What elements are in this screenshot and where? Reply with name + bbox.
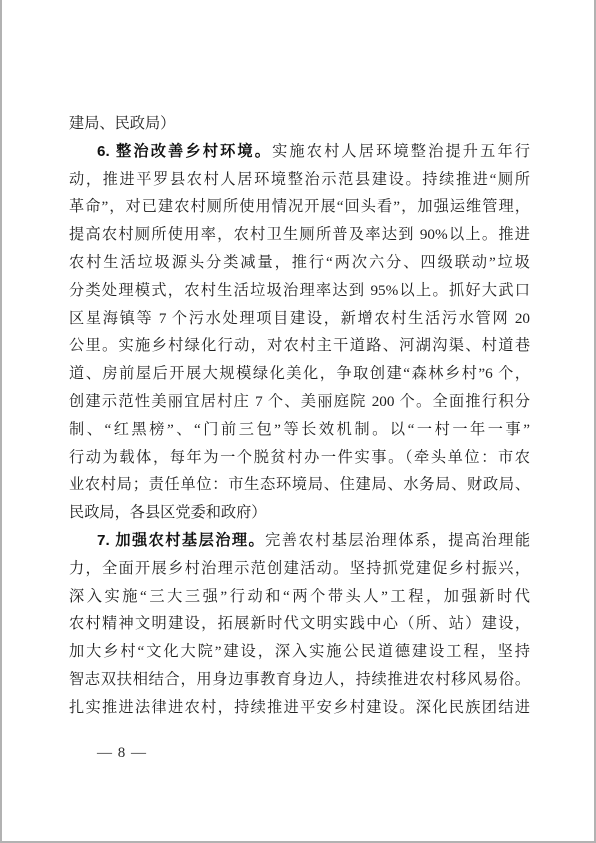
text-line-14: 业农村局；责任单位：市生态环境局、住建局、水务局、财政局、 xyxy=(69,471,530,499)
line-text: 农村生活垃圾源头分类减量，推行“两次六分、四级联动”垃圾 xyxy=(69,254,530,271)
page-number: — 8 — xyxy=(97,745,147,762)
line-text: 革命”，对已建农村厕所使用情况开展“回头看”，加强运维管理， xyxy=(69,198,530,215)
text-line-16: 7. 加强农村基层治理。完善农村基层治理体系，提高治理能 xyxy=(69,527,530,555)
text-line-2: 6. 整治改善乡村环境。实施农村人居环境整治提升五年行 xyxy=(69,138,530,166)
line-text: 扎实推进法律进农村，持续推进平安乡村建设。深化民族团结进 xyxy=(69,699,530,716)
line-text: 智志双扶相结合，用身边事教育身边人，持续推进农村移风易俗。 xyxy=(69,671,530,688)
line-text: 完善农村基层治理体系，提高治理能 xyxy=(265,532,530,549)
line-text: 道、房前屋后开展大规模绿化美化，争取创建“森林乡村”6 个， xyxy=(69,365,530,382)
text-line-5: 提高农村厕所使用率，农村卫生厕所普及率达到 90%以上。推进 xyxy=(69,221,530,249)
text-line-13: 行动为载体，每年为一个脱贫村办一件实事。（牵头单位：市农 xyxy=(69,444,530,472)
line-text: 实施农村人居环境整治提升五年行 xyxy=(272,143,530,160)
item-6-heading: 6. 整治改善乡村环境。 xyxy=(97,143,272,160)
line-text: 分类处理模式，农村生活垃圾治理率达到 95%以上。抓好大武口 xyxy=(69,282,530,299)
text-line-9: 公里。实施乡村绿化行动，对农村主干道路、河湖沟渠、村道巷 xyxy=(69,332,530,360)
line-text: 公里。实施乡村绿化行动，对农村主干道路、河湖沟渠、村道巷 xyxy=(69,337,530,354)
line-text: 农村精神文明建设，拓展新时代文明实践中心（所、站）建设， xyxy=(69,615,530,632)
text-line-21: 智志双扶相结合，用身边事教育身边人，持续推进农村移风易俗。 xyxy=(69,666,530,694)
text-line-10: 道、房前屋后开展大规模绿化美化，争取创建“森林乡村”6 个， xyxy=(69,360,530,388)
text-line-12: 制、“红黑榜”、“门前三包”等长效机制。以“一村一年一事” xyxy=(69,416,530,444)
text-line-19: 农村精神文明建设，拓展新时代文明实践中心（所、站）建设， xyxy=(69,610,530,638)
text-line-6: 农村生活垃圾源头分类减量，推行“两次六分、四级联动”垃圾 xyxy=(69,249,530,277)
document-page: 建局、民政局） 6. 整治改善乡村环境。实施农村人居环境整治提升五年行 动，推进… xyxy=(0,0,596,843)
text-line-17: 力，全面开展乡村治理示范创建活动。坚持抓党建促乡村振兴， xyxy=(69,555,530,583)
text-line-8: 区星海镇等 7 个污水处理项目建设，新增农村生活污水管网 20 xyxy=(69,305,530,333)
item-7-heading: 7. 加强农村基层治理。 xyxy=(97,532,265,549)
line-text: 提高农村厕所使用率，农村卫生厕所普及率达到 90%以上。推进 xyxy=(69,226,530,243)
text-line-7: 分类处理模式，农村生活垃圾治理率达到 95%以上。抓好大武口 xyxy=(69,277,530,305)
line-text: 加大乡村“文化大院”建设，深入实施公民道德建设工程，坚持 xyxy=(69,643,530,660)
line-text: 深入实施“三大三强”行动和“两个带头人”工程，加强新时代 xyxy=(69,588,530,605)
line-text: 业农村局；责任单位：市生态环境局、住建局、水务局、财政局、 xyxy=(69,476,530,493)
line-text: 动，推进平罗县农村人居环境整治示范县建设。持续推进“厕所 xyxy=(69,171,530,188)
text-line-22: 扎实推进法律进农村，持续推进平安乡村建设。深化民族团结进 xyxy=(69,694,530,722)
text-line-18: 深入实施“三大三强”行动和“两个带头人”工程，加强新时代 xyxy=(69,583,530,611)
line-text: 力，全面开展乡村治理示范创建活动。坚持抓党建促乡村振兴， xyxy=(69,560,530,577)
line-text: 创建示范性美丽宜居村庄 7 个、美丽庭院 200 个。全面推行积分 xyxy=(69,393,530,410)
text-line-3: 动，推进平罗县农村人居环境整治示范县建设。持续推进“厕所 xyxy=(69,166,530,194)
line-text: 制、“红黑榜”、“门前三包”等长效机制。以“一村一年一事” xyxy=(69,421,530,438)
document-body: 建局、民政局） 6. 整治改善乡村环境。实施农村人居环境整治提升五年行 动，推进… xyxy=(69,110,530,722)
text-line-20: 加大乡村“文化大院”建设，深入实施公民道德建设工程，坚持 xyxy=(69,638,530,666)
line-text: 建局、民政局） xyxy=(69,115,175,132)
line-text: 民政局，各县区党委和政府） xyxy=(69,504,266,521)
text-line-11: 创建示范性美丽宜居村庄 7 个、美丽庭院 200 个。全面推行积分 xyxy=(69,388,530,416)
text-line-4: 革命”，对已建农村厕所使用情况开展“回头看”，加强运维管理， xyxy=(69,193,530,221)
text-line-1: 建局、民政局） xyxy=(69,110,530,138)
text-line-15: 民政局，各县区党委和政府） xyxy=(69,499,530,527)
line-text: 区星海镇等 7 个污水处理项目建设，新增农村生活污水管网 20 xyxy=(69,310,530,327)
line-text: 行动为载体，每年为一个脱贫村办一件实事。（牵头单位：市农 xyxy=(69,449,530,466)
